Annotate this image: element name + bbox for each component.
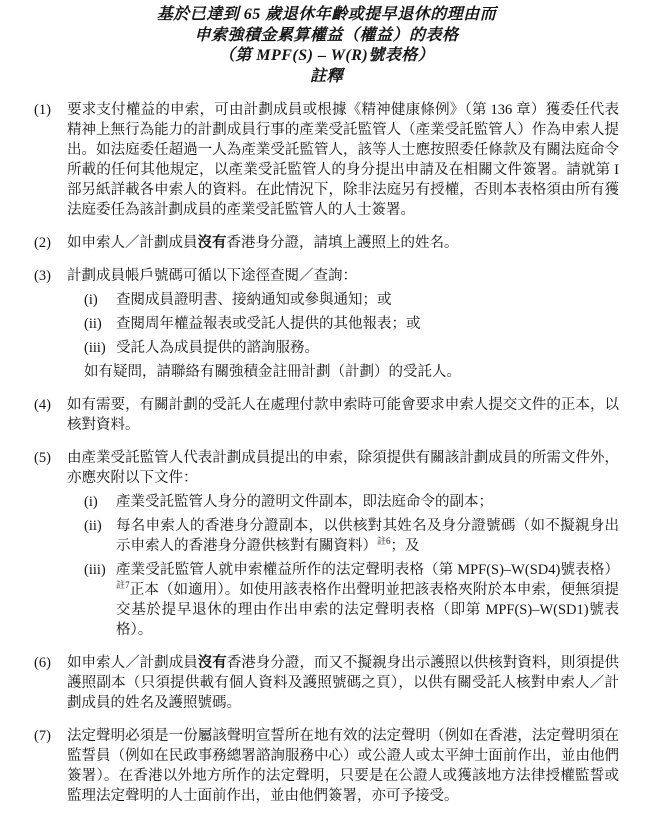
paragraph-block: 計劃成員帳戶號碼可循以下途徑查閱／查詢： (67, 266, 619, 286)
text-segment: 受託人為成員提供的諮詢服務。 (116, 340, 319, 356)
note-item: (7)法定聲明必須是一份屬該聲明宣誓所在地有效的法定聲明（例如在香港，法定聲明須… (34, 726, 619, 806)
note-number: (2) (34, 233, 67, 253)
paragraph-block: 如申索人／計劃成員沒有香港身分證，請填上護照上的姓名。 (67, 233, 619, 253)
text-segment: 產業受託監管人身分的證明文件副本，即法庭命令的副本； (116, 494, 493, 510)
sub-item: (ii)查閱周年權益報表或受託人提供的其他報表；或 (84, 314, 619, 334)
note-text: 計劃成員帳戶號碼可循以下途徑查閱／查詢： (67, 268, 357, 284)
text-segment: 如有疑問，請聯絡有關強積金註冊計劃（計劃）的受託人。 (84, 364, 461, 380)
note-text: 如申索人／計劃成員沒有香港身分證，請填上護照上的姓名。 (67, 235, 459, 251)
note-number: (1) (34, 100, 67, 220)
text-segment: 沒有 (198, 235, 227, 251)
note-text: 查閱成員證明書、接納通知或參與通知；或 (116, 290, 619, 310)
note-item: (3)計劃成員帳戶號碼可循以下途徑查閱／查詢：(i)查閱成員證明書、接納通知或參… (34, 266, 619, 382)
note-item: (6)如申索人／計劃成員沒有香港身分證，而又不擬親身出示護照以供核對資料，則須提… (34, 653, 619, 713)
sub-item: (iii)產業受託監管人就申索權益所作的法定聲明表格（第 MPF(S)–W(SD… (84, 560, 619, 640)
sub-item-marker: (ii) (84, 314, 116, 334)
paragraph-block: 如有需要，有關計劃的受託人在處理付款申索時可能會要求申索人提交文件的正本，以核對… (67, 395, 619, 435)
notes-list: (1)要求支付權益的申索，可由計劃成員或根據《精神健康條例》（第 136 章）獲… (34, 100, 619, 806)
paragraph-block: 如申索人／計劃成員沒有香港身分證，而又不擬親身出示護照以供核對資料，則須提供護照… (67, 653, 619, 713)
text-segment: 沒有 (198, 655, 227, 671)
paragraph-block: 由產業受託監管人代表計劃成員提出的申索，除須提供有關該計劃成員的所需文件外，亦應… (67, 448, 619, 488)
note-number: (7) (34, 726, 67, 806)
text-segment: ；及 (391, 538, 420, 554)
note-body: 計劃成員帳戶號碼可循以下途徑查閱／查詢：(i)查閱成員證明書、接納通知或參與通知… (67, 266, 619, 382)
footnote-superscript: 註6 (377, 536, 391, 546)
note-item: (4)如有需要，有關計劃的受託人在處理付款申索時可能會要求申索人提交文件的正本，… (34, 395, 619, 435)
sub-item-marker: (iii) (84, 560, 116, 640)
sub-item: (ii)每名申索人的香港身分證副本，以供核對其姓名及身分證號碼（如不擬親身出示申… (84, 516, 619, 556)
text-segment: 產業受託監管人就申索權益所作的法定聲明表格（第 MPF(S)–W(SD4)號表格… (116, 562, 619, 578)
note-body: 如申索人／計劃成員沒有香港身分證，請填上護照上的姓名。 (67, 233, 619, 253)
note-body: 由產業受託監管人代表計劃成員提出的申索，除須提供有關該計劃成員的所需文件外，亦應… (67, 448, 619, 640)
note-body: 如有需要，有關計劃的受託人在處理付款申索時可能會要求申索人提交文件的正本，以核對… (67, 395, 619, 435)
text-segment: 如申索人／計劃成員 (67, 655, 198, 671)
title-line-4: 註釋 (34, 67, 619, 88)
note-body: 法定聲明必須是一份屬該聲明宣誓所在地有效的法定聲明（例如在香港，法定聲明須在監誓… (67, 726, 619, 806)
note-text: 產業受託監管人身分的證明文件副本，即法庭命令的副本； (116, 492, 619, 512)
title-line-3: （第 MPF(S) – W(R)號表格） (34, 46, 619, 67)
note-text: 查閱周年權益報表或受託人提供的其他報表；或 (116, 314, 619, 334)
paragraph-block: 要求支付權益的申索，可由計劃成員或根據《精神健康條例》（第 136 章）獲委任代… (67, 100, 619, 220)
text-segment: 要求支付權益的申索，可由計劃成員或根據《精神健康條例》（第 136 章）獲委任代… (67, 102, 619, 218)
text-segment: 計劃成員帳戶號碼可循以下途徑查閱／查詢： (67, 268, 357, 284)
note-item: (1)要求支付權益的申索，可由計劃成員或根據《精神健康條例》（第 136 章）獲… (34, 100, 619, 220)
text-segment: 法定聲明必須是一份屬該聲明宣誓所在地有效的法定聲明（例如在香港，法定聲明須在監誓… (67, 728, 619, 804)
sub-item-marker: (iii) (84, 338, 116, 358)
note-text: 如申索人／計劃成員沒有香港身分證，而又不擬親身出示護照以供核對資料，則須提供護照… (67, 655, 619, 711)
title-line-2: 申索強積金累算權益（權益）的表格 (34, 26, 619, 47)
note-body: 如申索人／計劃成員沒有香港身分證，而又不擬親身出示護照以供核對資料，則須提供護照… (67, 653, 619, 713)
note-text: 如有疑問，請聯絡有關強積金註冊計劃（計劃）的受託人。 (84, 364, 461, 380)
text-segment: 正本（如適用）。如使用該表格作出聲明並把該表格夾附於本申索，便無須提交基於提早退… (116, 582, 619, 638)
document-title: 基於已達到 65 歲退休年齡或提早退休的理由而 申索強積金累算權益（權益）的表格… (34, 5, 619, 87)
note-body: 要求支付權益的申索，可由計劃成員或根據《精神健康條例》（第 136 章）獲委任代… (67, 100, 619, 220)
document-page: 基於已達到 65 歲退休年齡或提早退休的理由而 申索強積金累算權益（權益）的表格… (0, 0, 653, 819)
note-text: 如有需要，有關計劃的受託人在處理付款申索時可能會要求申索人提交文件的正本，以核對… (67, 397, 619, 433)
sub-item-marker: (i) (84, 290, 116, 310)
title-line-1: 基於已達到 65 歲退休年齡或提早退休的理由而 (34, 5, 619, 26)
text-segment: 如申索人／計劃成員 (67, 235, 198, 251)
text-segment: 香港身分證，請填上護照上的姓名。 (227, 235, 459, 251)
footnote-superscript: 註7 (116, 580, 130, 590)
note-number: (6) (34, 653, 67, 713)
sub-item: (i)產業受託監管人身分的證明文件副本，即法庭命令的副本； (84, 492, 619, 512)
continuation-block: 如有疑問，請聯絡有關強積金註冊計劃（計劃）的受託人。 (84, 362, 619, 382)
note-text: 要求支付權益的申索，可由計劃成員或根據《精神健康條例》（第 136 章）獲委任代… (67, 102, 619, 218)
sub-item: (iii)受託人為成員提供的諮詢服務。 (84, 338, 619, 358)
note-number: (4) (34, 395, 67, 435)
text-segment: 由產業受託監管人代表計劃成員提出的申索，除須提供有關該計劃成員的所需文件外，亦應… (67, 450, 619, 486)
note-text: 產業受託監管人就申索權益所作的法定聲明表格（第 MPF(S)–W(SD4)號表格… (116, 560, 619, 640)
sub-item-marker: (i) (84, 492, 116, 512)
paragraph-block: 法定聲明必須是一份屬該聲明宣誓所在地有效的法定聲明（例如在香港，法定聲明須在監誓… (67, 726, 619, 806)
sub-item: (i)查閱成員證明書、接納通知或參與通知；或 (84, 290, 619, 310)
text-segment: 查閱周年權益報表或受託人提供的其他報表；或 (116, 316, 421, 332)
note-item: (2)如申索人／計劃成員沒有香港身分證，請填上護照上的姓名。 (34, 233, 619, 253)
note-text: 由產業受託監管人代表計劃成員提出的申索，除須提供有關該計劃成員的所需文件外，亦應… (67, 450, 619, 486)
note-number: (3) (34, 266, 67, 382)
note-text: 法定聲明必須是一份屬該聲明宣誓所在地有效的法定聲明（例如在香港，法定聲明須在監誓… (67, 728, 619, 804)
text-segment: 查閱成員證明書、接納通知或參與通知；或 (116, 292, 392, 308)
sub-item-marker: (ii) (84, 516, 116, 556)
note-number: (5) (34, 448, 67, 640)
note-text: 每名申索人的香港身分證副本，以供核對其姓名及身分證號碼（如不擬親身出示申索人的香… (116, 516, 619, 556)
text-segment: 如有需要，有關計劃的受託人在處理付款申索時可能會要求申索人提交文件的正本，以核對… (67, 397, 619, 433)
note-item: (5)由產業受託監管人代表計劃成員提出的申索，除須提供有關該計劃成員的所需文件外… (34, 448, 619, 640)
note-text: 受託人為成員提供的諮詢服務。 (116, 338, 619, 358)
text-segment: 每名申索人的香港身分證副本，以供核對其姓名及身分證號碼（如不擬親身出示申索人的香… (116, 518, 619, 554)
